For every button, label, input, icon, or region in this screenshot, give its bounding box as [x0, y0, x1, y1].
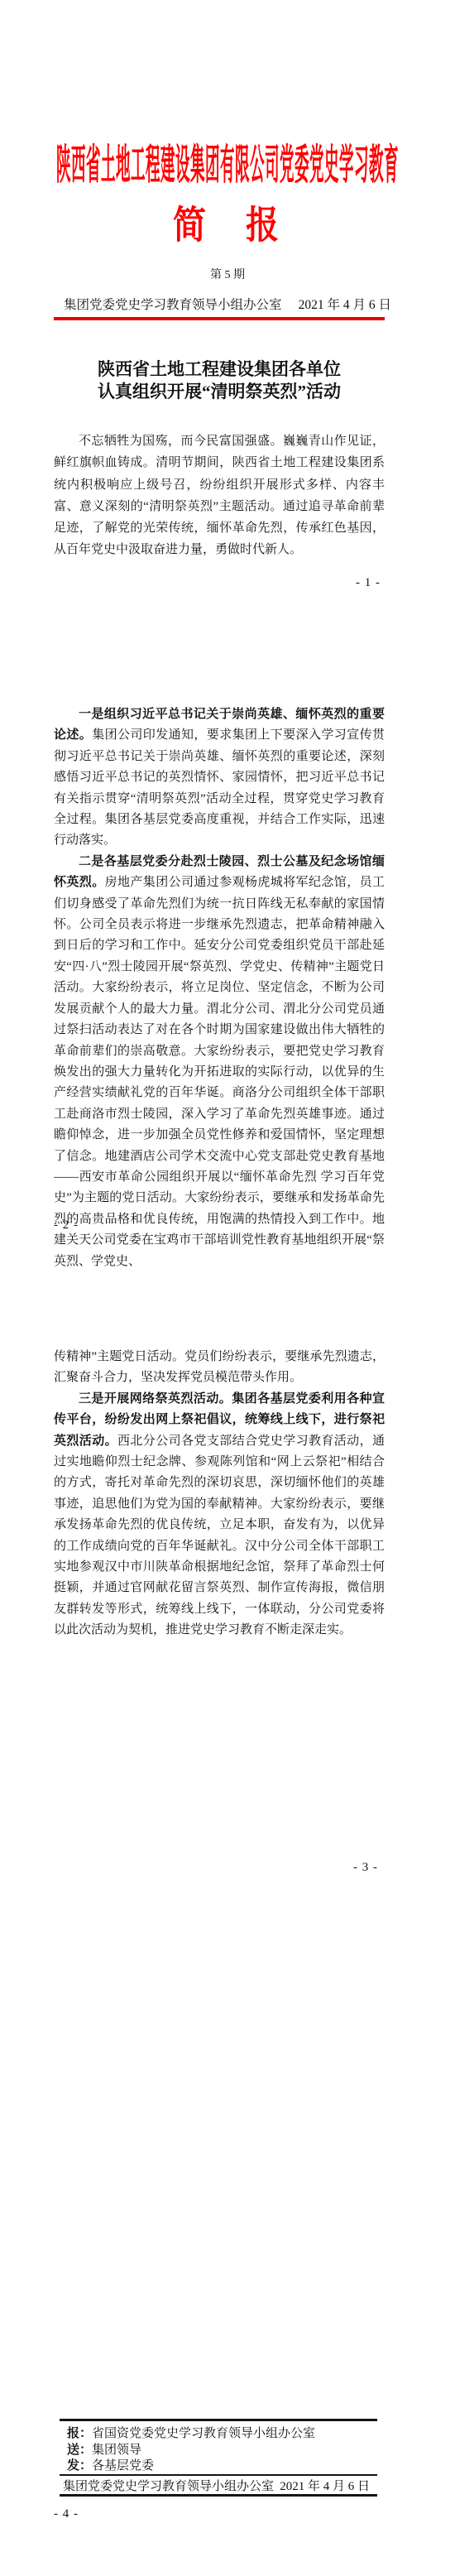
article-title-line2: 认真组织开展“清明祭英烈”活动 [54, 381, 385, 403]
issue-label: 发： [67, 2459, 92, 2473]
section-2-paragraph: 二是各基层党委分赴烈士陵园、烈士公墓及纪念场馆缅怀英烈。房地产集团公司通过参观杨… [54, 852, 385, 1272]
masthead-red-rule [54, 317, 385, 320]
masthead-org-line: 陕西省土地工程建设集团有限公司党委党史学习教育 [0, 137, 455, 189]
article-title-line1: 陕西省土地工程建设集团各单位 [54, 358, 385, 381]
page-number-4: - 4 - [54, 2507, 79, 2521]
section-2-body-page2: 房地产集团公司通过参观杨虎城将军纪念馆，员工们切身感受了革命先烈们为统一抗日阵线… [54, 876, 385, 1267]
footer-date: 2021 年 4 月 6 日 [280, 2477, 370, 2494]
footer-office-date-row: 集团党委党史学习教育领导小组办公室 2021 年 4 月 6 日 [60, 2474, 377, 2494]
footer-office: 集团党委党史学习教育领导小组办公室 [63, 2477, 274, 2494]
issue-row: 发：各基层党委 [67, 2458, 377, 2475]
masthead-date: 2021 年 4 月 6 日 [299, 295, 391, 313]
send-value: 集团领导 [92, 2444, 141, 2457]
report-value: 省国资党委党史学习教育领导小组办公室 [92, 2427, 315, 2440]
page-number-2: - 2 - [54, 1218, 79, 1233]
page-number-1: - 1 - [0, 576, 381, 590]
section-3-paragraph: 三是开展网络祭英烈活动。集团各基层党委利用各种宣传平台，纷纷发出网上祭祀倡议，统… [54, 1389, 385, 1641]
report-row: 报：省国资党委党史学习教育领导小组办公室 [67, 2426, 377, 2443]
section-3-body: 西北分公司各党支部结合党史学习教育活动，通过实地瞻仰烈士纪念牌、参观陈列馆和“网… [54, 1435, 385, 1637]
bulletin-title-text: 简 报 [173, 195, 282, 249]
distribution-box: 报：省国资党委党史学习教育领导小组办公室 送：集团领导 发：各基层党委 集团党委… [60, 2419, 377, 2497]
intro-block: 不忘牺牲为国殇，而今民富国强盛。巍巍青山作见证，鲜红旗帜血铸成。清明节期间，陕西… [54, 430, 385, 561]
intro-paragraph: 不忘牺牲为国殇，而今民富国强盛。巍巍青山作见证，鲜红旗帜血铸成。清明节期间，陕西… [54, 430, 385, 561]
bulletin-title: 简 报 [0, 199, 455, 245]
page2-text-block: 一是组织习近平总书记关于崇尚英雄、缅怀英烈的重要论述。集团公司印发通知，要求集团… [54, 704, 385, 1272]
article-title: 陕西省土地工程建设集团各单位 认真组织开展“清明祭英烈”活动 [54, 358, 385, 403]
masthead-office: 集团党委党史学习教育领导小组办公室 [64, 295, 282, 313]
issue-value: 各基层党委 [92, 2459, 154, 2473]
distribution-rows: 报：省国资党委党史学习教育领导小组办公室 送：集团领导 发：各基层党委 [60, 2421, 377, 2474]
send-row: 送：集团领导 [67, 2443, 377, 2459]
send-label: 送： [67, 2444, 92, 2457]
bulletin-document: 陕西省土地工程建设集团有限公司党委党史学习教育 简 报 第 5 期 集团党委党史… [0, 0, 455, 2576]
issue-number: 第 5 期 [0, 266, 455, 282]
report-label: 报： [67, 2427, 92, 2440]
page3-text-block: 传精神”主题党日活动。党员们纷纷表示，要继承先烈遗志，汇聚奋斗合力，坚决发挥党员… [54, 1347, 385, 1641]
section-1-body: 集团公司印发通知，要求集团上下要深入学习宣传贯彻习近平总书记关于崇尚英雄、缅怀英… [54, 728, 385, 847]
page-number-3: - 3 - [0, 1861, 378, 1875]
section-2-continuation: 传精神”主题党日活动。党员们纷纷表示，要继承先烈遗志，汇聚奋斗合力，坚决发挥党员… [54, 1347, 385, 1389]
section-1-paragraph: 一是组织习近平总书记关于崇尚英雄、缅怀英烈的重要论述。集团公司印发通知，要求集团… [54, 704, 385, 852]
masthead-org-text: 陕西省土地工程建设集团有限公司党委党史学习教育 [56, 133, 399, 192]
masthead-meta-line: 集团党委党史学习教育领导小组办公室 2021 年 4 月 6 日 [62, 295, 393, 313]
